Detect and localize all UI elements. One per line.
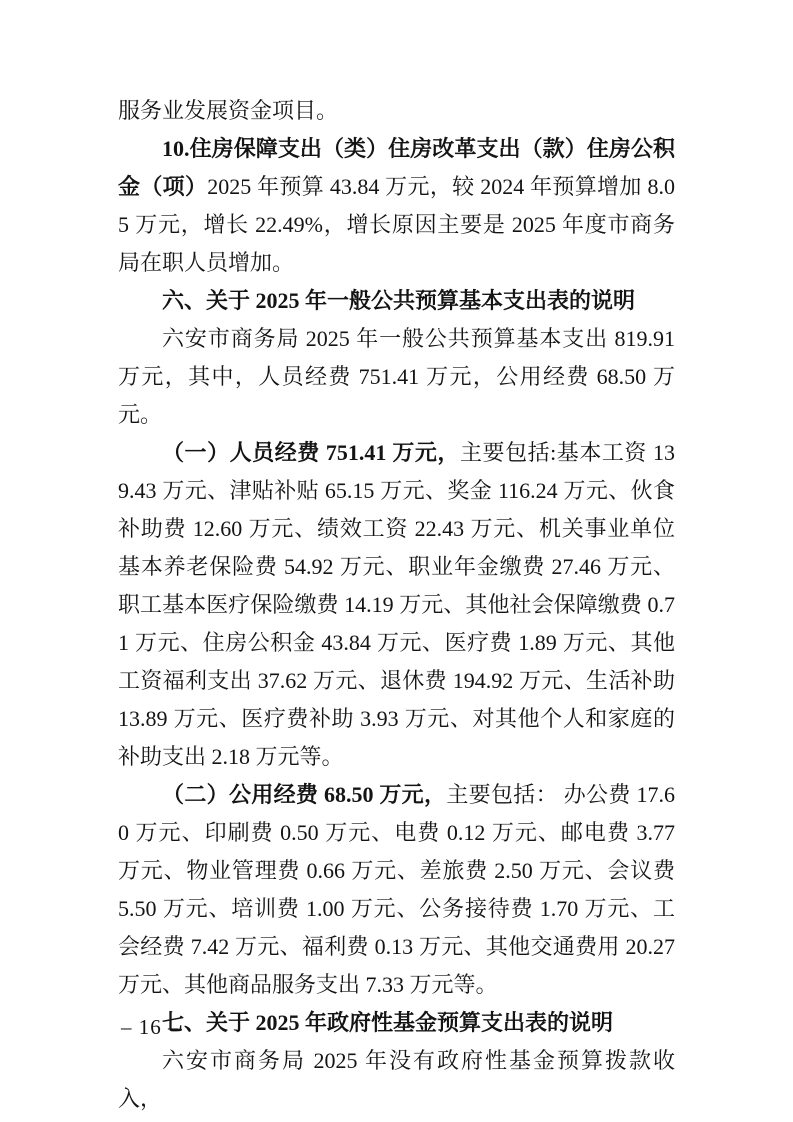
text-run: 主要包括:基本工资 139.43 万元、津贴补贴 65.15 万元、奖金 116… (118, 440, 675, 769)
text-run-bold: 六、关于 2025 年一般公共预算基本支出表的说明 (162, 288, 635, 313)
para-personnel-funds: （一）人员经费 751.41 万元，主要包括:基本工资 139.43 万元、津贴… (118, 434, 675, 776)
text-run: 服务业发展资金项目。 (118, 98, 338, 123)
heading-section-6: 六、关于 2025 年一般公共预算基本支出表的说明 (118, 282, 675, 320)
page-number: – 16 – (121, 1013, 180, 1041)
para-gov-fund: 六安市商务局 2025 年没有政府性基金预算拨款收入， (118, 1042, 675, 1118)
text-run: 六安市商务局 2025 年一般公共预算基本支出 819.91 万元，其中，人员经… (118, 326, 675, 427)
text-run: 六安市商务局 2025 年没有政府性基金预算拨款收入， (118, 1048, 675, 1111)
text-run-bold: （二）公用经费 68.50 万元， (162, 782, 446, 807)
document-page: 服务业发展资金项目。10.住房保障支出（类）住房改革支出（款）住房公积金（项）2… (0, 0, 793, 1122)
text-run: 主要包括： 办公费 17.60 万元、印刷费 0.50 万元、电费 0.12 万… (118, 782, 675, 997)
text-run-bold: 七、关于 2025 年政府性基金预算支出表的说明 (162, 1010, 613, 1035)
para-basic-expenditure-total: 六安市商务局 2025 年一般公共预算基本支出 819.91 万元，其中，人员经… (118, 320, 675, 434)
document-body: 服务业发展资金项目。10.住房保障支出（类）住房改革支出（款）住房公积金（项）2… (118, 92, 675, 1118)
text-run-bold: （一）人员经费 751.41 万元， (162, 440, 460, 465)
para-item-10-housing: 10.住房保障支出（类）住房改革支出（款）住房公积金（项）2025 年预算 43… (118, 130, 675, 282)
heading-section-7: 七、关于 2025 年政府性基金预算支出表的说明 (118, 1004, 675, 1042)
para-public-funds: （二）公用经费 68.50 万元，主要包括： 办公费 17.60 万元、印刷费 … (118, 776, 675, 1004)
para-continuation: 服务业发展资金项目。 (118, 92, 675, 130)
